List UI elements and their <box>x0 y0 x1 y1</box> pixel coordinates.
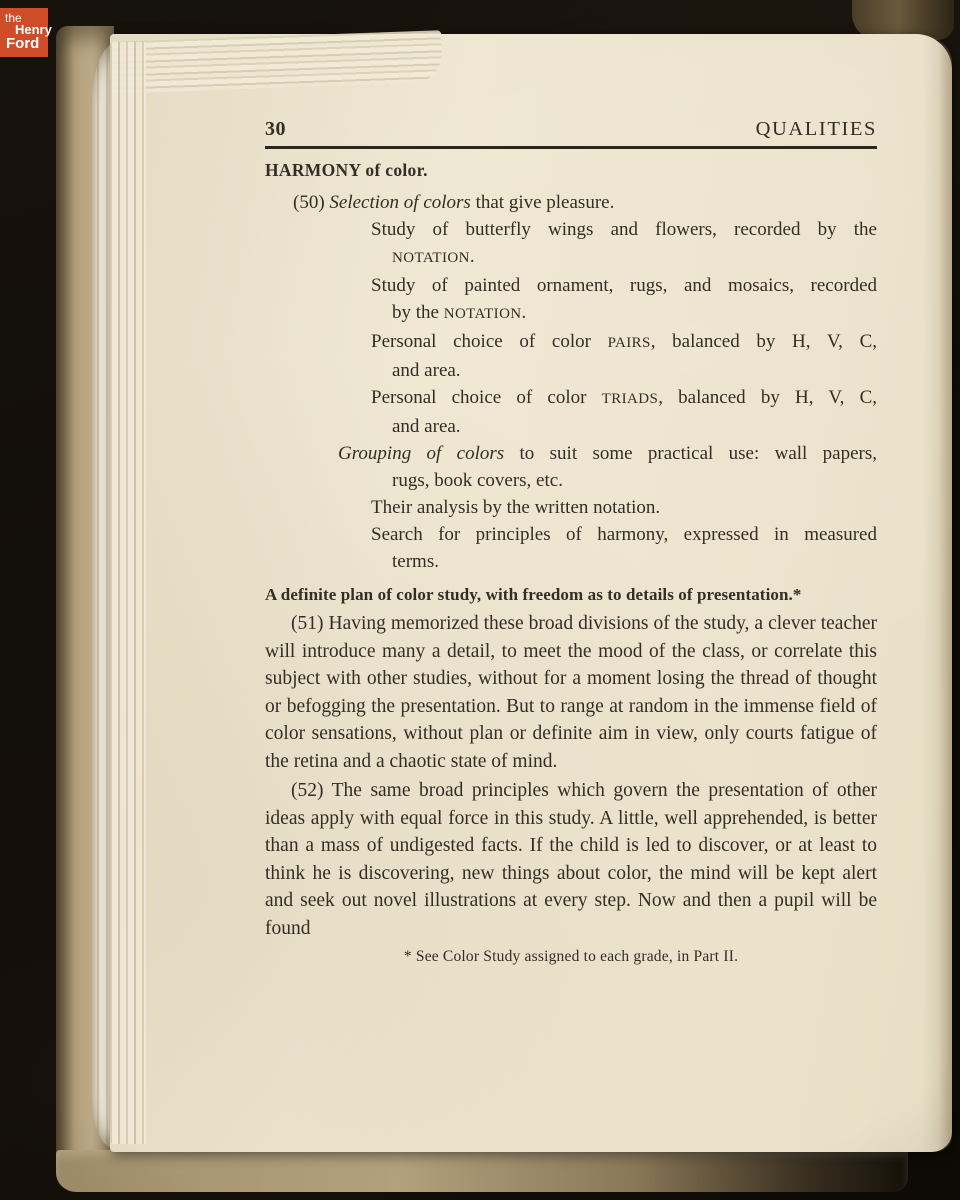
logo-word-ford: Ford <box>6 35 39 52</box>
outline-segment: and area. <box>392 360 461 381</box>
outline-line: Personal choice of color pairs, balanced… <box>265 328 877 357</box>
page-stack-top-edges <box>111 30 443 93</box>
outline-segment: Study of butterfly wings and flowers, re… <box>371 219 877 240</box>
outline-segment: (50) <box>293 192 329 213</box>
outline-segment: Personal choice of color <box>371 331 608 352</box>
book-page: 30 QUALITIES HARMONY of color. (50) Sele… <box>110 34 952 1152</box>
outline-segment: Search for principles of harmony, expres… <box>371 524 877 545</box>
outline-line: and area. <box>265 413 877 440</box>
section-heading-lead: HARMONY <box>265 160 361 180</box>
page-header: 30 QUALITIES <box>265 118 877 141</box>
running-title: QUALITIES <box>756 118 877 141</box>
outline-line: (50) Selection of colors that give pleas… <box>265 189 877 216</box>
outline-segment: Study of painted ornament, rugs, and mos… <box>371 275 877 296</box>
outline-segment: , balanced by H, V, C, <box>658 387 877 408</box>
outline-segment: rugs, book covers, etc. <box>392 470 563 491</box>
outline-segment: Grouping of colors <box>338 443 504 464</box>
outline-line: and area. <box>265 357 877 384</box>
outline-line: Grouping of colors to suit some practica… <box>265 440 877 467</box>
outline-segment: that give pleasure. <box>471 192 615 213</box>
outline-line: Study of butterfly wings and flowers, re… <box>265 216 877 243</box>
outline-segment: by the <box>392 302 444 323</box>
outline-segment: Selection of colors <box>329 192 470 213</box>
outline-segment: . <box>470 246 475 267</box>
outline-line: Study of painted ornament, rugs, and mos… <box>265 272 877 299</box>
outline-list: (50) Selection of colors that give pleas… <box>265 189 877 575</box>
outline-segment: . <box>522 302 527 323</box>
paragraph-51: (51) Having memorized these broad divisi… <box>265 610 877 775</box>
paragraph-52: (52) The same broad principles which gov… <box>265 777 877 942</box>
outline-segment: notation <box>444 306 522 322</box>
outline-segment: terms. <box>392 551 439 572</box>
outline-segment: Their analysis by the written notation. <box>371 497 660 518</box>
plan-note: A definite plan of color study, with fre… <box>265 582 877 608</box>
footnote: * See Color Study assigned to each grade… <box>265 948 877 966</box>
book-cover-bottom-edge <box>56 1150 908 1192</box>
outline-segment: Personal choice of color <box>371 387 602 408</box>
page-inner-left-edges <box>110 42 146 1144</box>
outline-segment: triads <box>602 391 659 407</box>
outline-segment: , balanced by H, V, C, <box>651 331 877 352</box>
outline-line: terms. <box>265 548 877 575</box>
section-heading-rest: of color. <box>361 160 428 180</box>
outline-segment: to suit some practical use: wall papers, <box>504 443 877 464</box>
outline-line: by the notation. <box>265 299 877 328</box>
outline-line: notation. <box>265 243 877 272</box>
outline-line: Search for principles of harmony, expres… <box>265 521 877 548</box>
outline-segment: pairs <box>608 335 651 351</box>
photo-background: 30 QUALITIES HARMONY of color. (50) Sele… <box>0 0 960 1200</box>
page-content: 30 QUALITIES HARMONY of color. (50) Sele… <box>265 118 877 966</box>
header-rule <box>265 146 877 149</box>
henry-ford-logo: the Henry Ford <box>0 8 48 57</box>
outline-line: rugs, book covers, etc. <box>265 467 877 494</box>
outline-line: Personal choice of color triads, balance… <box>265 384 877 413</box>
section-heading: HARMONY of color. <box>265 160 877 181</box>
outline-segment: and area. <box>392 416 461 437</box>
outline-line: Their analysis by the written notation. <box>265 494 877 521</box>
page-number: 30 <box>265 118 286 141</box>
outline-segment: notation <box>392 250 470 266</box>
